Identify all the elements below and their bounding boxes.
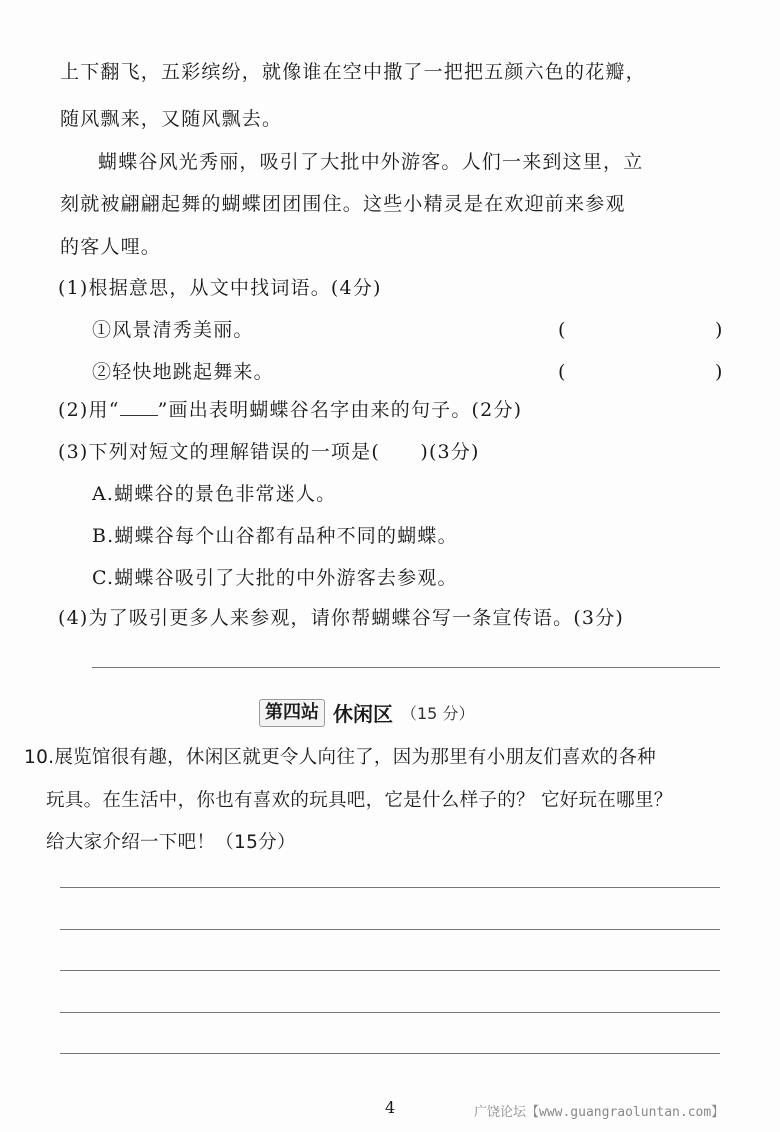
writing-line[interactable] (60, 970, 720, 971)
passage-line: 刻就被翩翩起舞的蝴蝶团团围住。这些小精灵是在欢迎前来参观 (60, 192, 626, 216)
option-b: B.蝴蝶谷每个山谷都有品种不同的蝴蝶。 (92, 524, 458, 548)
station-badge: 第四站 (259, 699, 325, 727)
passage-line: 随风飘来，又随风飘去。 (60, 107, 282, 131)
question-2: (2)用“”画出表明蝴蝶谷名字由来的句子。(2分) (58, 398, 522, 422)
underline-sample (120, 399, 158, 416)
option-c: C.蝴蝶谷吸引了大批的中外游客去参观。 (92, 566, 458, 590)
question-text: (2)用“ (58, 399, 120, 421)
answer-paren-open: ( (558, 318, 565, 342)
question-prompt: (1)根据意思，从文中找词语。(4分) (58, 276, 382, 300)
question-text: 玩具。在生活中，你也有喜欢的玩具吧，它是什么样子的？ 它好玩在哪里？ (46, 789, 673, 813)
answer-paren-close: ) (715, 318, 722, 342)
passage-line: 上下翻飞，五彩缤纷，就像谁在空中撒了一把把五颜六色的花瓣， (60, 60, 646, 84)
question-text: ”画出表明蝴蝶谷名字由来的句子。(2分) (158, 399, 523, 421)
answer-paren-close: ) (715, 360, 722, 384)
section-title: 休闲区 (333, 698, 393, 727)
question-text: 10.展览馆很有趣，休闲区就更令人向往了，因为那里有小朋友们喜欢的各种 (24, 746, 656, 770)
question-prompt: (4)为了吸引更多人来参观，请你帮蝴蝶谷写一条宣传语。(3分) (58, 606, 624, 630)
sub-item: ②轻快地跳起舞来。 (92, 360, 274, 384)
section-header: 第四站 休闲区 （15 分） (259, 698, 474, 727)
sub-item: ①风景清秀美丽。 (92, 318, 254, 342)
writing-line[interactable] (60, 1053, 720, 1054)
question-prompt: (3)下列对短文的理解错误的一项是( )(3分) (58, 440, 480, 464)
page-number: 4 (385, 1098, 395, 1117)
answer-line[interactable] (92, 667, 720, 668)
option-a: A.蝴蝶谷的景色非常迷人。 (92, 482, 336, 506)
answer-paren-open: ( (558, 360, 565, 384)
passage-line: 的客人哩。 (60, 235, 161, 259)
watermark: 广饶论坛【www.guangraoluntan.com】 (474, 1101, 724, 1120)
passage-line: 蝴蝶谷风光秀丽，吸引了大批中外游客。人们一来到这里，立 (98, 150, 643, 174)
writing-line[interactable] (60, 887, 720, 888)
section-score: （15 分） (401, 701, 474, 724)
writing-line[interactable] (60, 929, 720, 930)
writing-line[interactable] (60, 1012, 720, 1013)
question-text: 给大家介绍一下吧！（15分） (46, 831, 296, 855)
